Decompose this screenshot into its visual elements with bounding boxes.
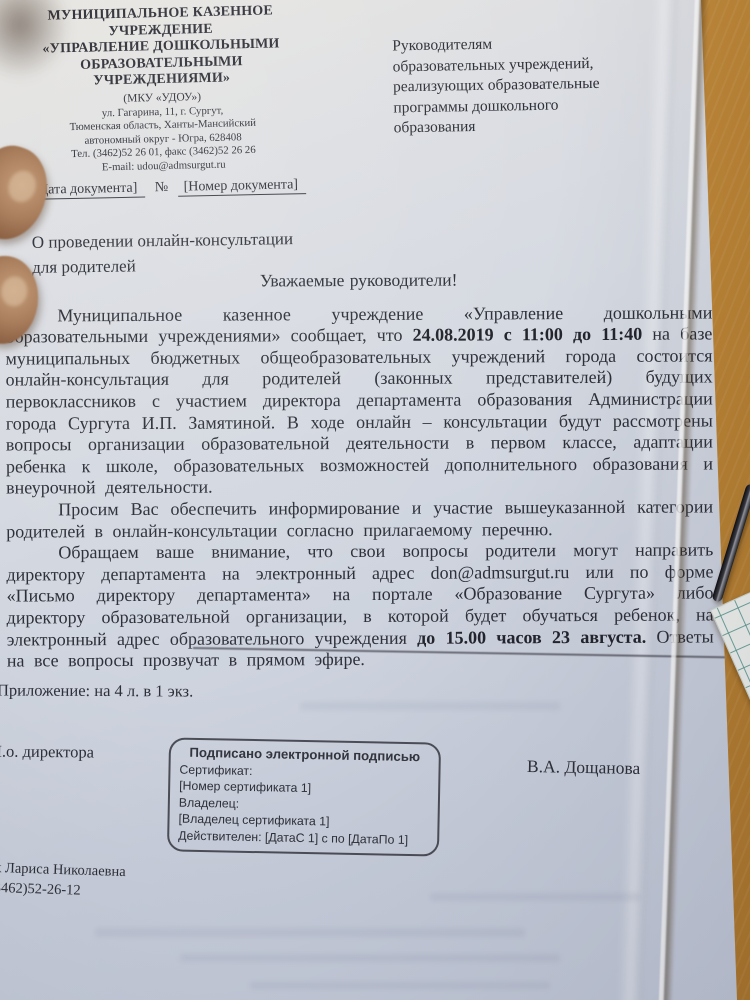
bleed-through-text [300,702,560,710]
e-signature-stamp: Подписано электронной подписью Сертифика… [167,737,441,856]
executor-contact: к Лариса Николаевна 3462)52-26-12 [0,858,126,902]
bleed-through-text [430,893,640,901]
number-sign: № [155,180,169,195]
salutation: Уважаемые руководители! [5,268,712,293]
subject-line: О проведении онлайн-консультации [32,226,294,255]
paragraph-1-text: на базе муниципальных бюджетных общеобра… [5,324,713,498]
bleed-through-text [250,982,550,989]
letter-body: Уважаемые руководители! Муниципальное ка… [5,268,714,672]
bleed-through-text [180,954,560,962]
addressee-block: Руководителям образовательных учреждений… [392,32,674,139]
number-placeholder: [Номер документа] [178,177,307,197]
executor-phone: 3462)52-26-12 [0,878,125,902]
addressee-line: образования [394,114,674,139]
paragraph-1: Муниципальное казенное учреждение «Управ… [5,302,713,499]
org-address: ул. Гагарина, 11, г. Сургут, Тюменская о… [20,102,305,176]
paragraph-3: Обращаем ваше внимание, что свои вопросы… [6,540,714,673]
reference-line: [Дата документа] № [Номер документа] [28,177,306,199]
attachment-note: Приложение: на 4 л. в 1 экз. [0,680,193,701]
deadline-text: до 15.00 часов 23 августа. [417,626,646,647]
signer-position: И.о. директора [0,741,94,762]
letter-page: МУНИЦИПАЛЬНОЕ КАЗЕННОЕ УЧРЕЖДЕНИЕ «УПРАВ… [0,0,750,1000]
signer-name: В.А. Дощанова [527,756,641,779]
bleed-through-text [95,928,525,937]
photo-of-official-letter: МУНИЦИПАЛЬНОЕ КАЗЕННОЕ УЧРЕЖДЕНИЕ «УПРАВ… [0,0,750,1000]
stamp-line: Действителен: [ДатаС 1] с по [ДатаПо 1] [178,827,428,848]
paragraph-2-text: Просим Вас обеспечить информирование и у… [6,496,713,541]
event-datetime: 24.08.2019 с 11:00 до 11:40 [413,324,643,345]
paragraph-2: Просим Вас обеспечить информирование и у… [6,496,713,542]
